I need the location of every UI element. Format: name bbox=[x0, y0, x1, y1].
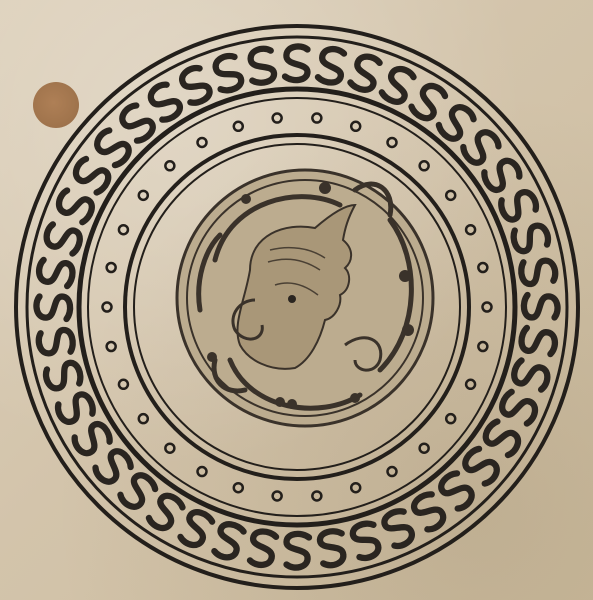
circular-ornament bbox=[0, 0, 593, 600]
